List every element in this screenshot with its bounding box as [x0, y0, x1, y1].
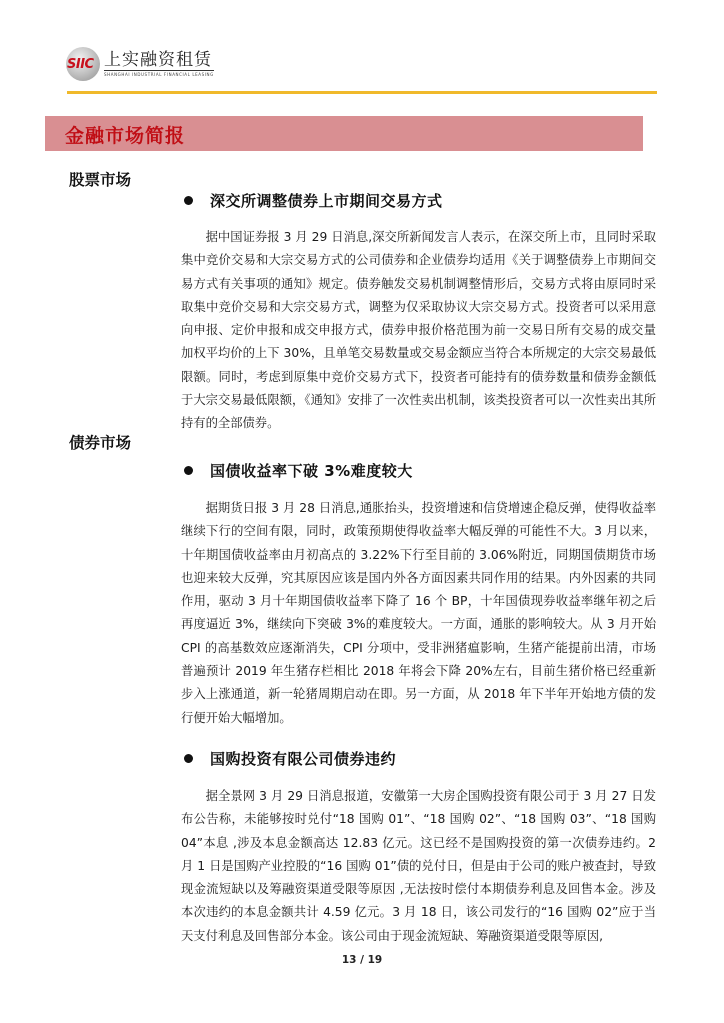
topic-heading: 国债收益率下破 3%难度较大 [184, 460, 413, 481]
topic-title: 国债收益率下破 3%难度较大 [210, 460, 413, 481]
logo-mark: SIIC [67, 57, 94, 72]
company-name-en: SHANGHAI INDUSTRIAL FINANCIAL LEASING [104, 72, 214, 78]
bullet-icon [184, 466, 193, 475]
section-label-stock-market: 股票市场 [69, 168, 131, 190]
siic-emblem-icon: SIIC [66, 47, 100, 81]
topic-body: 据期货日报 3 月 28 日消息,通胀抬头，投资增速和信贷增速企稳反弹，使得收益… [181, 497, 656, 730]
topic-heading: 深交所调整债券上市期间交易方式 [184, 190, 443, 211]
section-label-bond-market: 债券市场 [69, 431, 131, 453]
page-number: 13 / 19 [0, 954, 724, 966]
bullet-icon [184, 196, 193, 205]
banner-title: 金融市场简报 [65, 121, 185, 148]
topic-heading: 国购投资有限公司债券违约 [184, 748, 396, 769]
bullet-icon [184, 754, 193, 763]
company-name-cn: 上实融资租赁 [104, 51, 214, 71]
topic-title: 国购投资有限公司债券违约 [210, 748, 396, 769]
section-banner: 金融市场简报 [45, 116, 643, 151]
topic-title: 深交所调整债券上市期间交易方式 [210, 190, 443, 211]
topic-body: 据中国证券报 3 月 29 日消息,深交所新闻发言人表示，在深交所上市，且同时采… [181, 226, 656, 436]
header-divider [67, 91, 657, 94]
company-logo: SIIC 上实融资租赁 SHANGHAI INDUSTRIAL FINANCIA… [66, 48, 214, 80]
topic-body: 据全景网 3 月 29 日消息报道，安徽第一大房企国购投资有限公司于 3 月 2… [181, 785, 656, 948]
